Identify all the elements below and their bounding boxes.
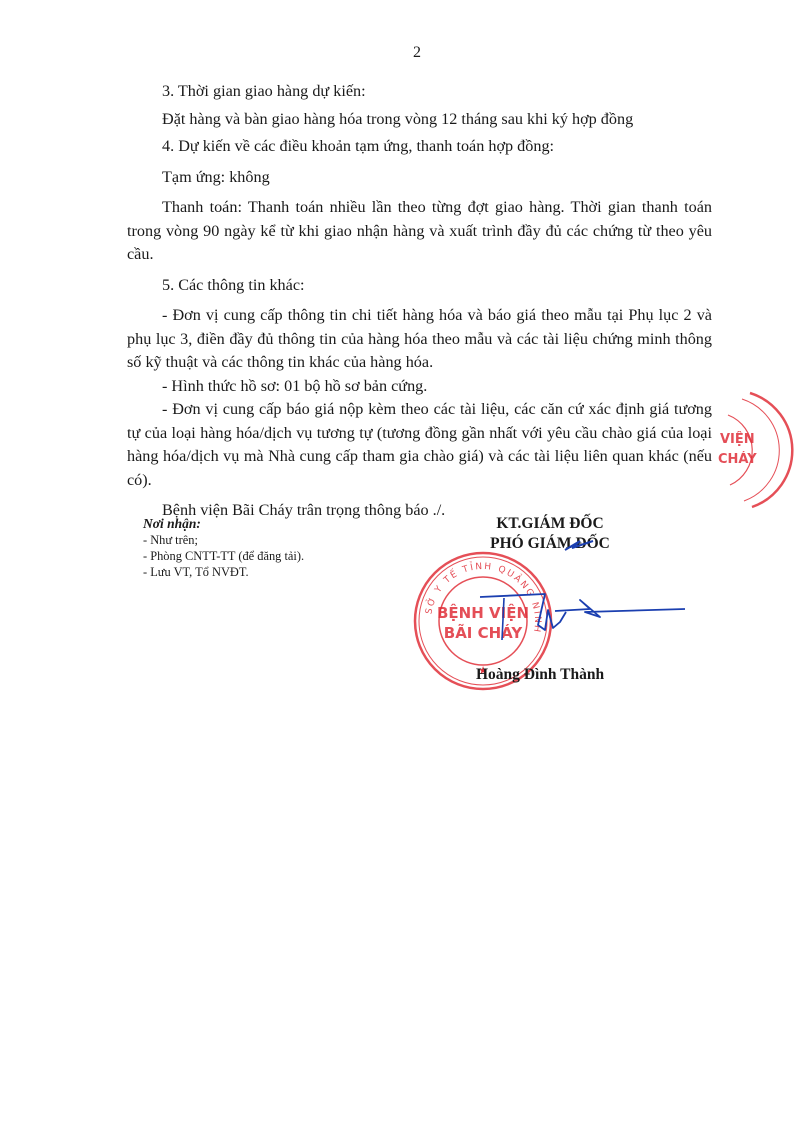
signer-authority: KT.GIÁM ĐỐC [450, 514, 650, 534]
page-number: 2 [0, 44, 800, 62]
section-5-item-1: - Đơn vị cung cấp thông tin chi tiết hàn… [127, 304, 712, 375]
recipients-block: Nơi nhận: - Như trên; - Phòng CNTT-TT (đ… [143, 516, 304, 580]
section-4-payment: Thanh toán: Thanh toán nhiều lần theo từ… [127, 196, 712, 267]
side-stamp-line-1: VIỆN [720, 431, 755, 447]
stamp-center-line-2: BÃI CHÁY [444, 623, 524, 642]
recipients-title: Nơi nhận: [143, 516, 304, 532]
side-stamp: VIỆN CHÁY [700, 385, 800, 515]
stamp-center-line-1: BỆNH VIỆN [437, 602, 529, 622]
signature-block: KT.GIÁM ĐỐC PHÓ GIÁM ĐỐC [450, 514, 650, 554]
recipient-item: - Phòng CNTT-TT (để đăng tải). [143, 548, 304, 564]
section-5-item-3: - Đơn vị cung cấp báo giá nộp kèm theo c… [127, 398, 712, 492]
section-5-item-2: - Hình thức hồ sơ: 01 bộ hồ sơ bản cứng. [127, 375, 712, 399]
recipient-item: - Như trên; [143, 532, 304, 548]
section-4-advance: Tạm ứng: không [127, 166, 712, 190]
section-5-heading: 5. Các thông tin khác: [127, 274, 712, 298]
signer-name: Hoàng Đình Thành [476, 666, 604, 684]
document-body: 3. Thời gian giao hàng dự kiến: Đặt hàng… [127, 80, 712, 523]
section-4-heading: 4. Dự kiến về các điều khoản tạm ứng, th… [127, 135, 712, 159]
section-3-heading: 3. Thời gian giao hàng dự kiến: [127, 80, 712, 104]
side-stamp-line-2: CHÁY [718, 451, 757, 467]
recipient-item: - Lưu VT, Tổ NVĐT. [143, 564, 304, 580]
section-3-text: Đặt hàng và bàn giao hàng hóa trong vòng… [127, 108, 712, 132]
